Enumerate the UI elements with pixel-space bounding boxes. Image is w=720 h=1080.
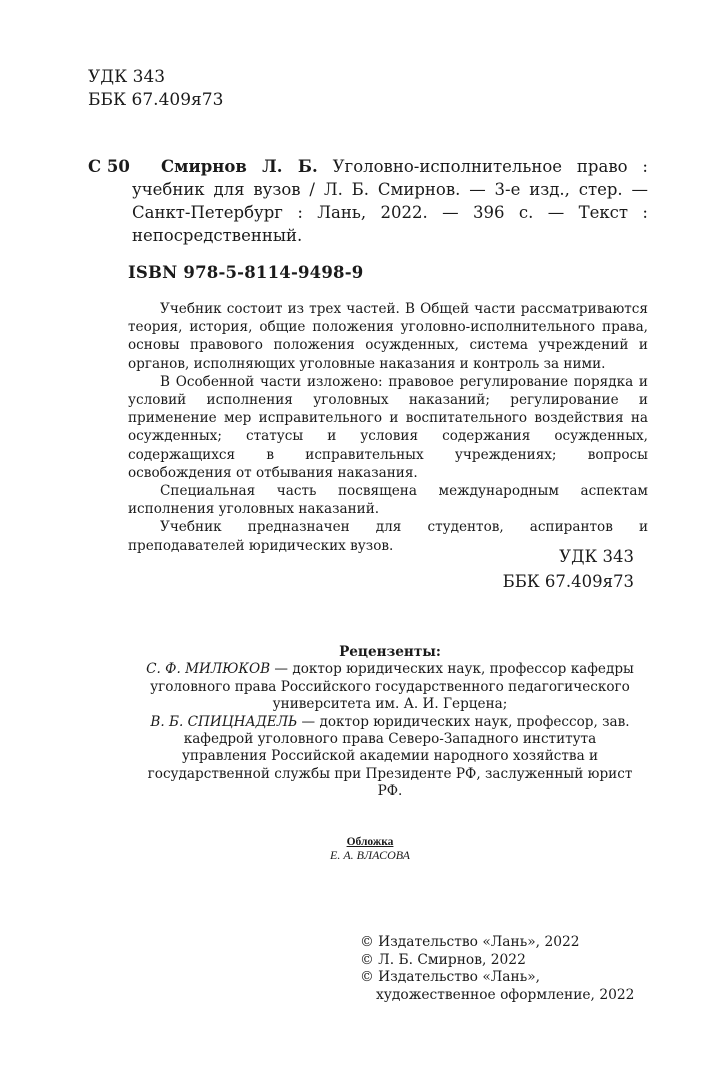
author-mark: С 50	[88, 155, 130, 178]
bbk-code: ББК 67.409я73	[88, 89, 223, 112]
copyright-line: © Издательство «Лань», 2022	[360, 934, 634, 952]
copyright-line: художественное оформление, 2022	[360, 987, 634, 1005]
udk-code: УДК 343	[88, 66, 223, 89]
reviewer-item: С. Ф. МИЛЮКОВ — доктор юридических наук,…	[140, 661, 640, 713]
copyright-line: © Л. Б. Смирнов, 2022	[360, 952, 634, 970]
isbn: ISBN 978-5-8114-9498-9	[128, 263, 363, 282]
classification-codes-right: УДК 343 ББК 67.409я73	[460, 544, 634, 594]
annotation-paragraph: Специальная часть посвящена международны…	[128, 482, 648, 518]
classification-codes-top: УДК 343 ББК 67.409я73	[88, 66, 223, 112]
copyright-line: © Издательство «Лань»,	[360, 969, 634, 987]
bibliographic-description: Смирнов Л. Б. Уголовно-исполнительное пр…	[132, 155, 648, 247]
catalog-entry: С 50 Смирнов Л. Б. Уголовно-исполнительн…	[88, 155, 648, 247]
bbk-code: ББК 67.409я73	[460, 569, 634, 594]
reviewer-name: С. Ф. МИЛЮКОВ	[146, 661, 270, 677]
annotation-paragraph: В Особенной части изложено: правовое рег…	[128, 373, 648, 482]
reviewer-name: В. Б. СПИЦНАДЕЛЬ	[150, 714, 297, 730]
reviewers-heading: Рецензенты:	[140, 644, 640, 661]
udk-code: УДК 343	[460, 544, 634, 569]
annotation: Учебник состоит из трех частей. В Общей …	[128, 300, 648, 555]
copyright-block: © Издательство «Лань», 2022 © Л. Б. Смир…	[360, 934, 634, 1004]
reviewers: Рецензенты: С. Ф. МИЛЮКОВ — доктор юриди…	[140, 644, 640, 801]
reviewer-item: В. Б. СПИЦНАДЕЛЬ — доктор юридических на…	[140, 714, 640, 801]
author-name: Смирнов Л. Б.	[161, 157, 318, 176]
cover-credit: Обложка Е. А. ВЛАСОВА	[280, 836, 460, 862]
annotation-paragraph: Учебник состоит из трех частей. В Общей …	[128, 300, 648, 373]
cover-designer: Е. А. ВЛАСОВА	[280, 849, 460, 862]
